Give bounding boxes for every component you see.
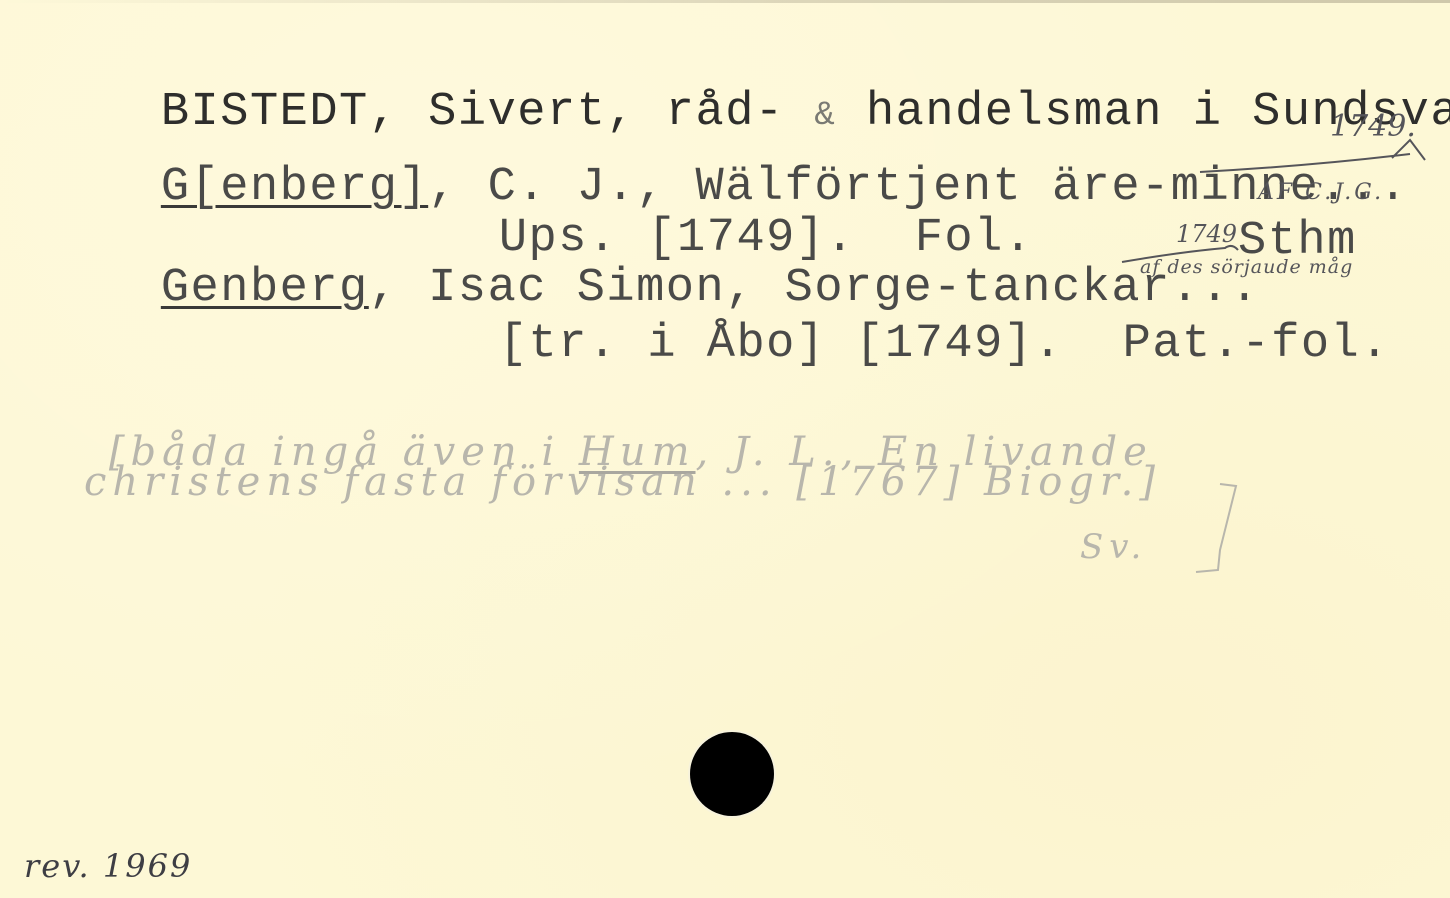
entry-2-hand-note: af des sörjaude måg: [1140, 258, 1353, 277]
catalog-card: BISTEDT, Sivert, råd- & handelsman i Sun…: [0, 0, 1450, 898]
card-top-edge: [0, 0, 1450, 3]
revision-mark: rev. 1969: [24, 850, 192, 882]
entry-2-hand-year: 1749: [1176, 222, 1237, 246]
pencil-note-line-3: Sv.: [1080, 530, 1147, 564]
entry-1-hand-note: AF C.J.G.: [1258, 182, 1384, 204]
pencil-note-line-2: christens fasta förvisan ... [1767] Biog…: [84, 462, 1161, 502]
pencil-bracket-stroke: [1196, 484, 1236, 572]
entry-2-author: Genberg: [161, 262, 369, 315]
entry-2-imprint: [tr. i Åbo] [1749]. Pat.-fol.: [499, 318, 1390, 371]
entry-1-hand-year: 1749.: [1330, 112, 1416, 142]
punch-hole: [690, 732, 774, 816]
